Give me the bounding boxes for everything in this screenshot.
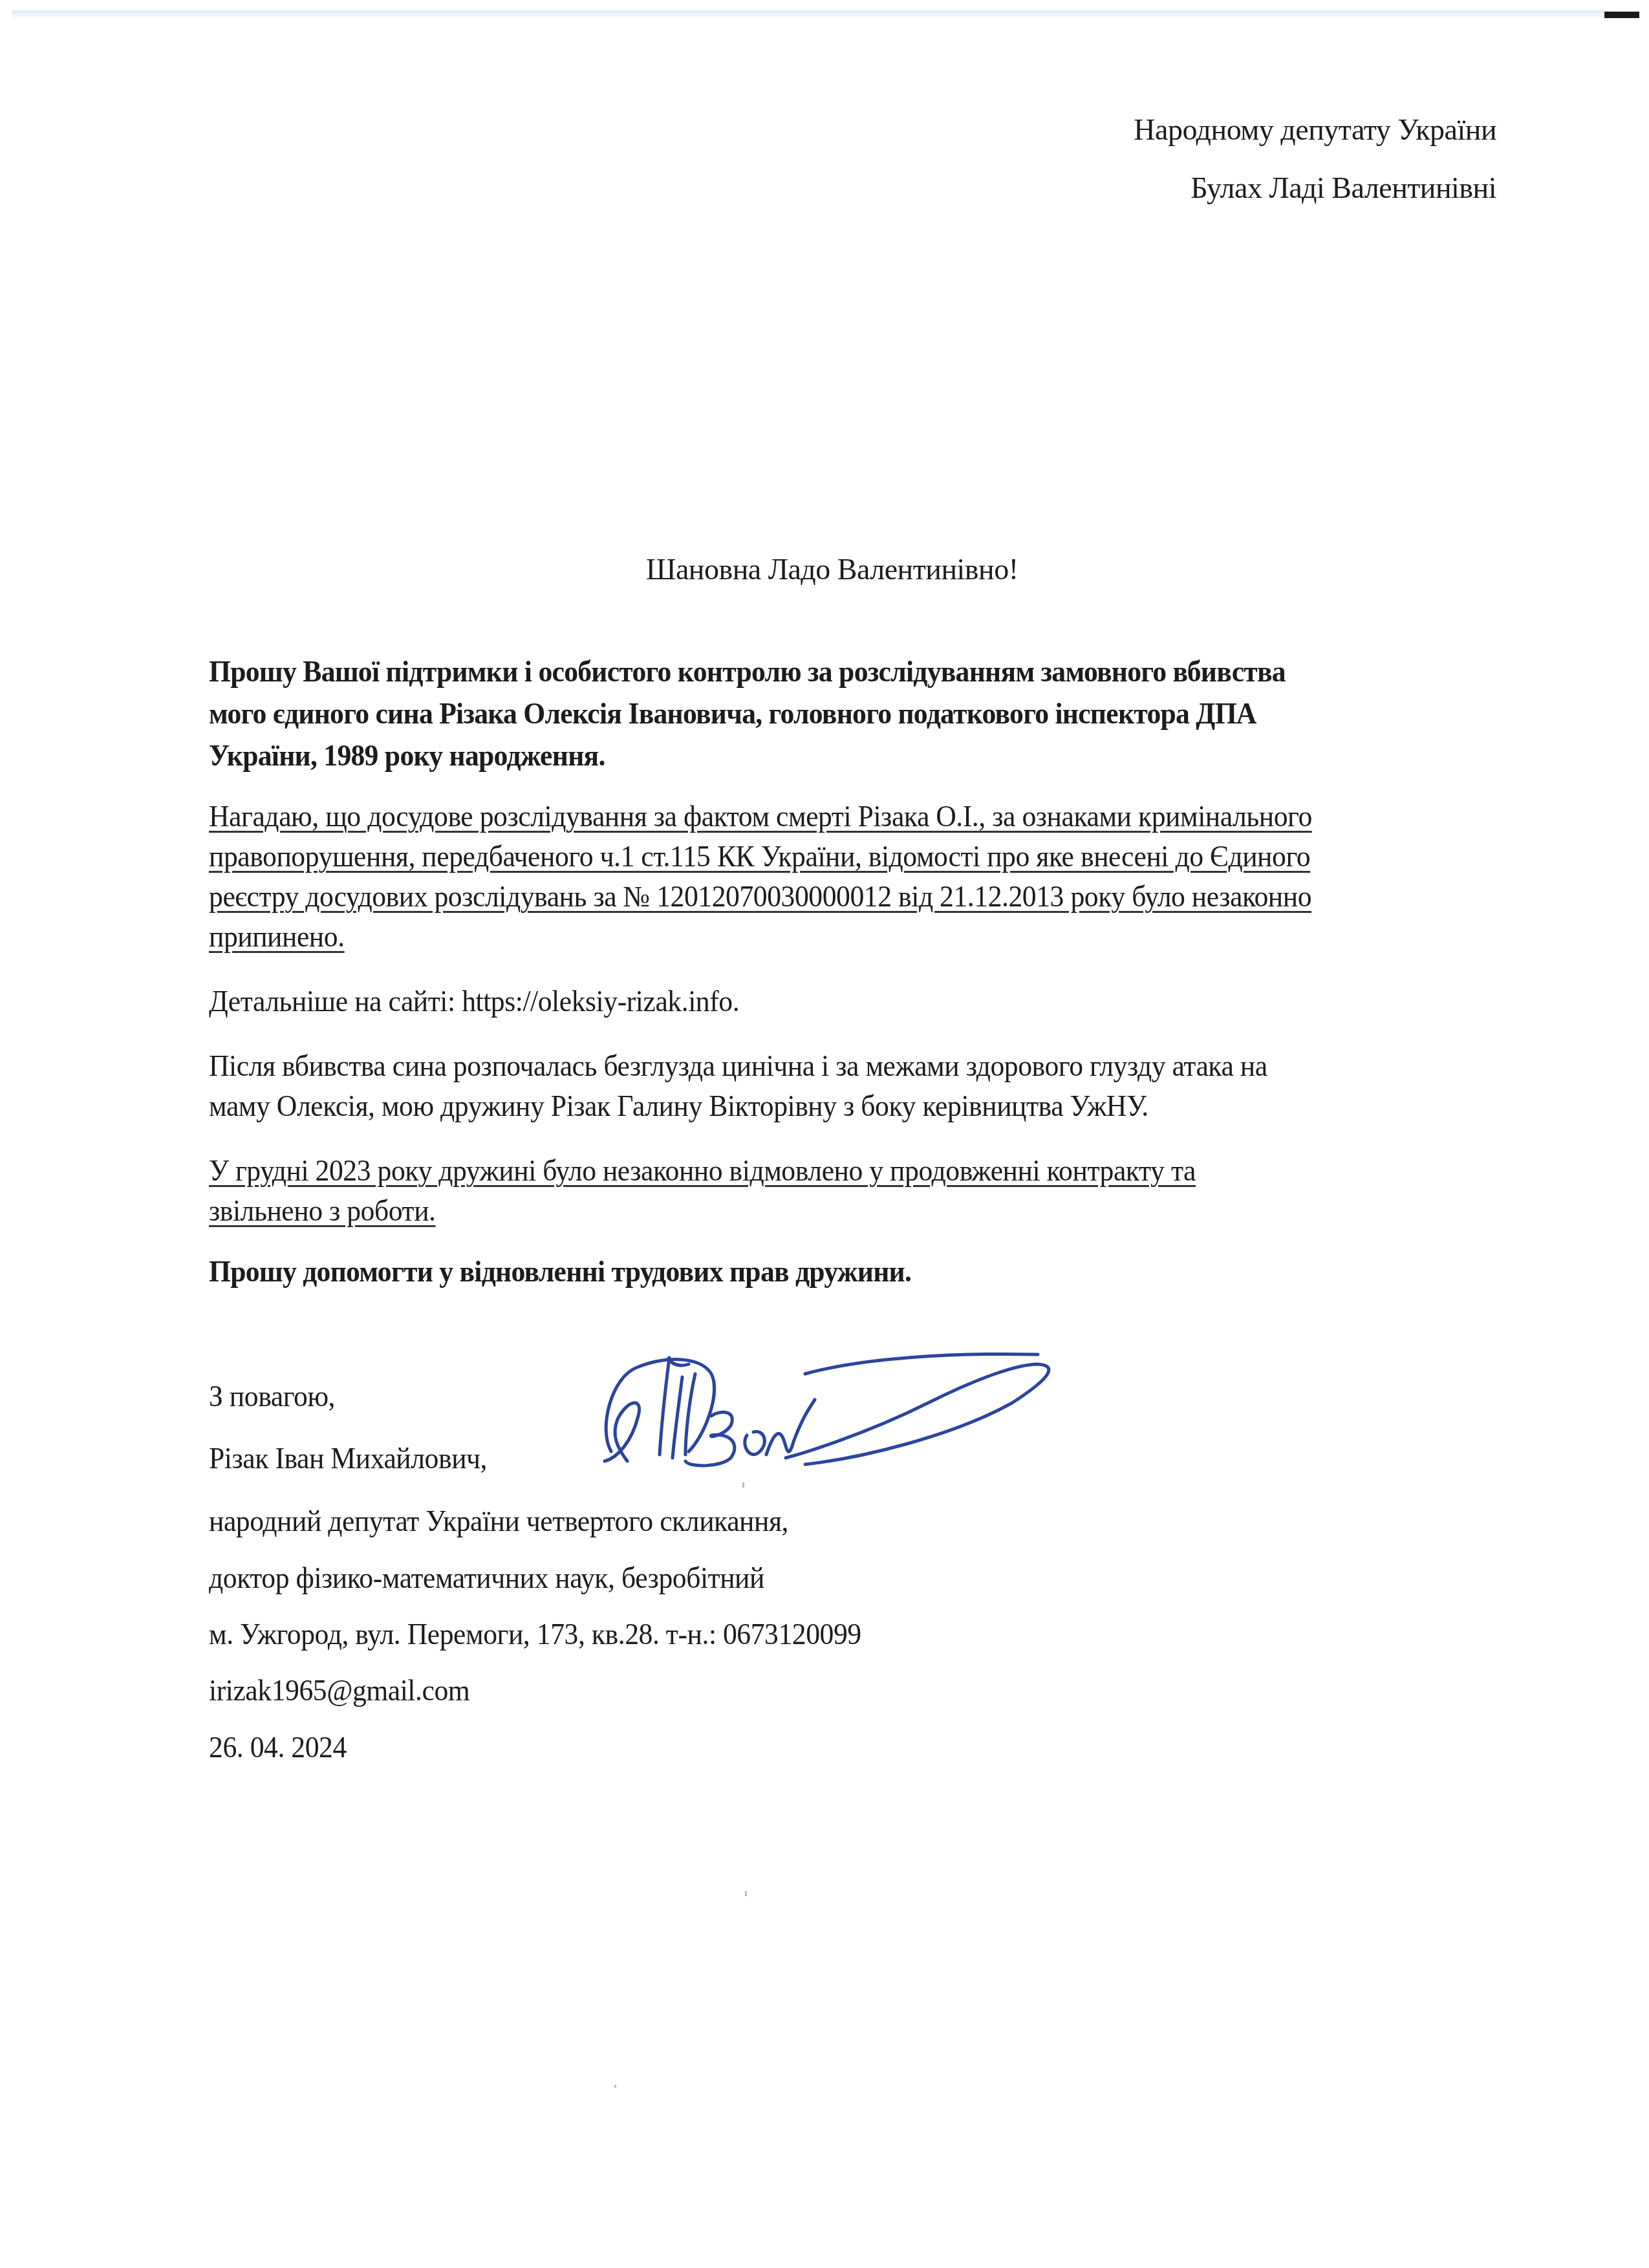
signer-address: м. Ужгород, вул. Перемоги, 173, кв.28. т… bbox=[209, 1620, 861, 1649]
signer-name: Різак Іван Михайлович, bbox=[209, 1444, 487, 1473]
investigation-line-4: припинено. bbox=[209, 922, 345, 952]
signer-email: irizak1965@gmail.com bbox=[209, 1676, 469, 1706]
salutation: Шановна Ладо Валентинівно! bbox=[646, 555, 1018, 584]
closing-regards: З повагою, bbox=[209, 1382, 335, 1411]
request-line-2: мого єдиного сина Різака Олексія Іванови… bbox=[209, 699, 1256, 729]
request-line-1: Прошу Вашої підтримки і особистого контр… bbox=[209, 657, 1286, 687]
recipient-line-2: Булах Ладі Валентинівні bbox=[1191, 173, 1496, 203]
final-request: Прошу допомогти у відновленні трудових п… bbox=[209, 1257, 911, 1287]
scanner-mark bbox=[1604, 12, 1639, 18]
investigation-line-3: реєстру досудових розслідувань за № 1201… bbox=[209, 882, 1311, 912]
website-text: Детальніше на сайті: https://oleksiy-riz… bbox=[209, 987, 739, 1016]
request-line-3: України, 1989 року народження. bbox=[209, 741, 605, 771]
recipient-line-1: Народному депутату України bbox=[1134, 115, 1496, 145]
dismissal-line-2: звільнено з роботи. bbox=[209, 1196, 436, 1226]
dismissal-line-1: У грудні 2023 року дружині було незаконн… bbox=[209, 1156, 1196, 1186]
scan-speck bbox=[614, 2085, 616, 2088]
attack-line-2: маму Олексія, мою дружину Різак Галину В… bbox=[209, 1091, 1148, 1121]
attack-line-1: Після вбивства сина розпочалась безглузд… bbox=[209, 1051, 1267, 1081]
investigation-line-1: Нагадаю, що досудове розслідування за фа… bbox=[209, 802, 1312, 831]
signer-title: народний депутат України четвертого скли… bbox=[209, 1506, 788, 1536]
investigation-line-2: правопорушення, передбаченого ч.1 ст.115… bbox=[209, 842, 1310, 872]
handwritten-signature-icon bbox=[592, 1338, 1103, 1481]
scanner-edge-artifact bbox=[12, 10, 1609, 19]
scan-speck bbox=[745, 1891, 747, 1896]
scan-speck bbox=[742, 1482, 744, 1488]
letter-date: 26. 04. 2024 bbox=[209, 1733, 347, 1762]
signer-degree: доктор фізико-математичних наук, безробі… bbox=[209, 1563, 764, 1593]
